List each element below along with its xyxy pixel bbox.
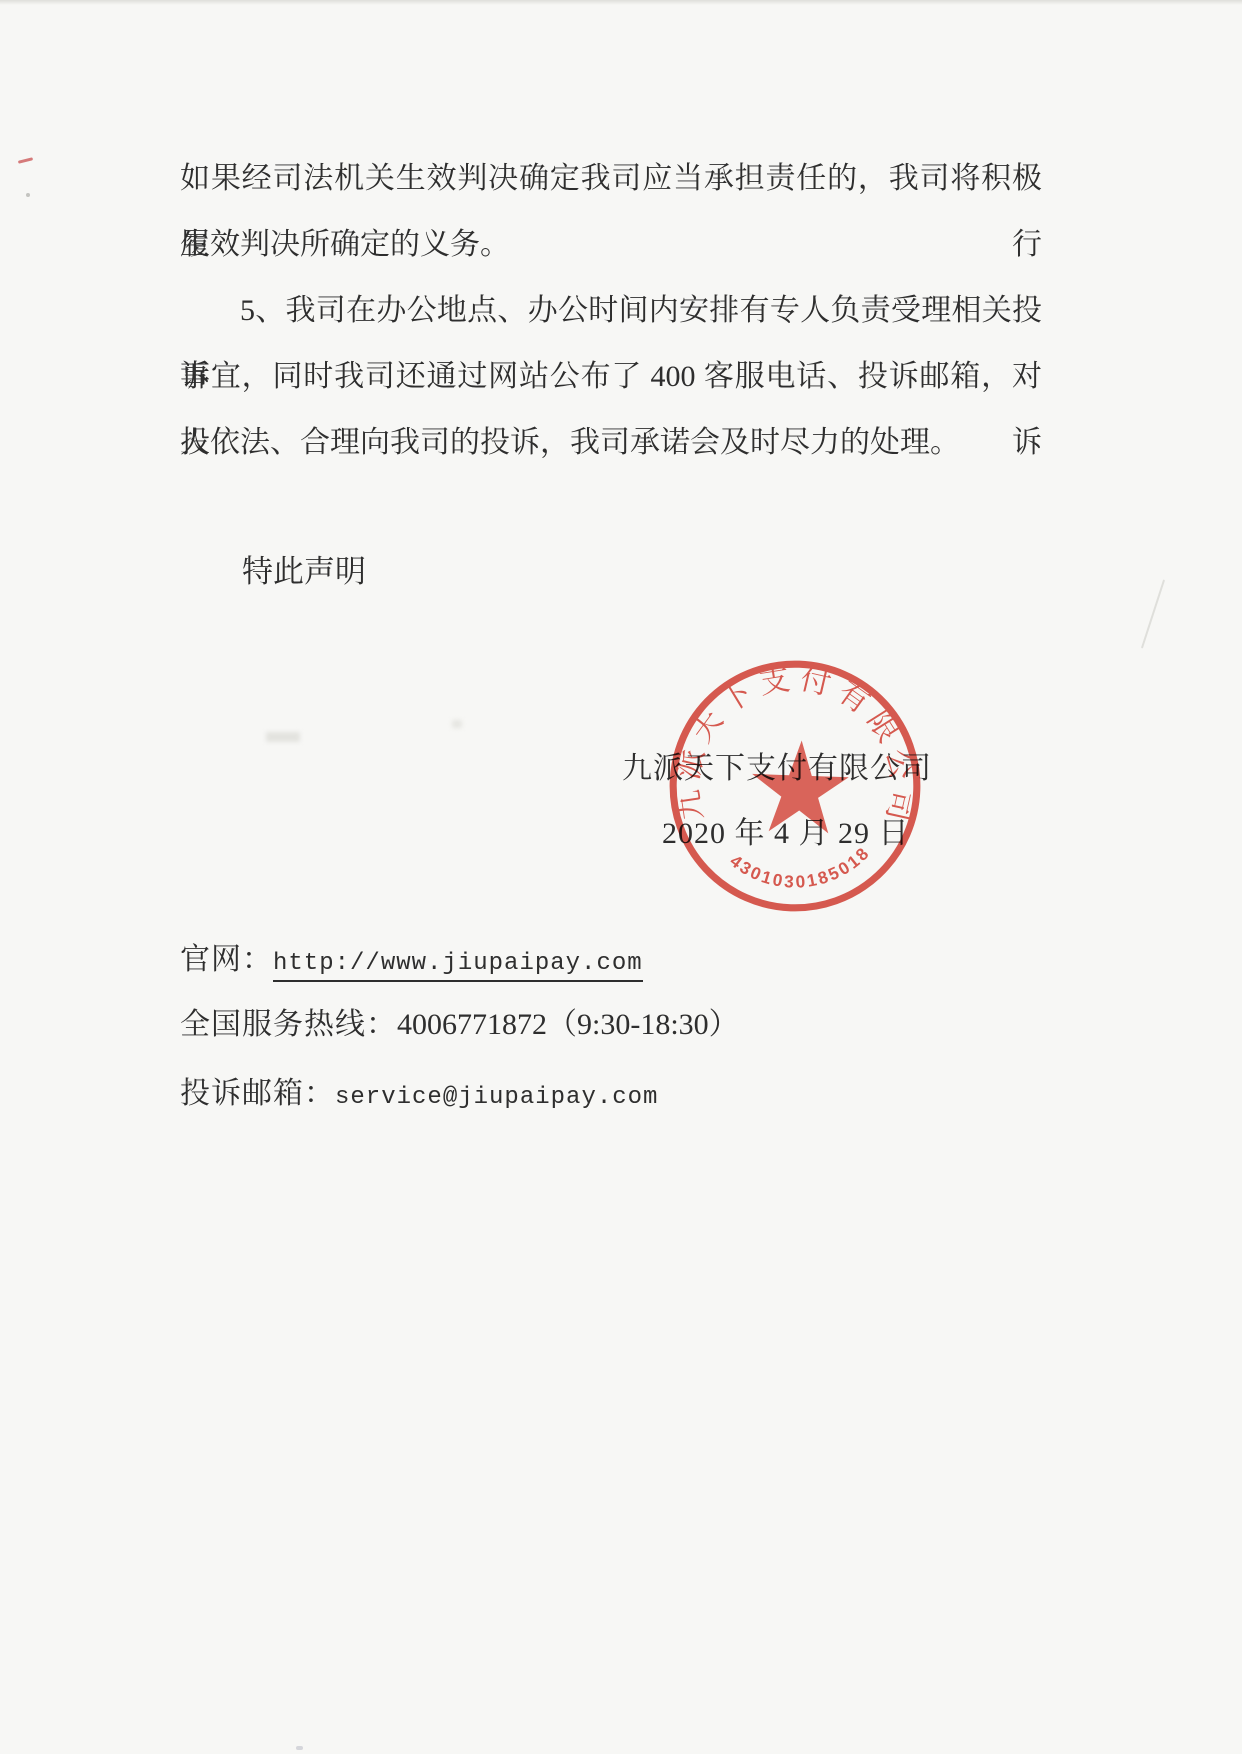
body-text: 如果经司法机关生效判决确定我司应当承担责任的，我司将积极履行 生效判决所确定的义…: [180, 146, 1042, 476]
scan-top-edge-shadow: [0, 0, 1242, 5]
paragraph-2-line-3: 人依法、合理向我司的投诉，我司承诺会及时尽力的处理。: [180, 410, 1042, 476]
hotline-number: 4006771872（9:30-18:30）: [397, 1008, 739, 1041]
scan-artifact-scratch: [1141, 579, 1165, 648]
email-label: 投诉邮箱：: [180, 1077, 335, 1110]
scan-artifact-speck: [296, 1746, 303, 1750]
email-address: service@jiupaipay.com: [335, 1084, 658, 1111]
scanned-document-page: { "document": { "paragraphs": [ { "lines…: [0, 0, 1242, 1754]
seal-serial-number: 4301030185018: [726, 837, 875, 894]
company-seal-stamp: 九派天下支付有限公司 4301030185018: [658, 649, 931, 922]
scan-artifact-red-mark: [18, 157, 33, 164]
hotline-label: 全国服务热线：: [180, 1008, 397, 1041]
email-line: 投诉邮箱：service@jiupaipay.com: [180, 1068, 658, 1112]
scan-artifact-smudge: [452, 720, 462, 728]
paragraph-2-line-2: 事宜，同时我司还通过网站公布了 400 客服电话、投诉邮箱，对投诉: [180, 344, 1042, 410]
scan-artifact-speck: [26, 193, 30, 197]
scan-artifact-speck: [186, 1081, 192, 1084]
closing-statement: 特此声明: [180, 539, 1042, 605]
paragraph-1-line-1: 如果经司法机关生效判决确定我司应当承担责任的，我司将积极履行: [180, 146, 1042, 212]
website-line: 官网：http://www.jiupaipay.com: [180, 934, 643, 978]
website-url-link[interactable]: http://www.jiupaipay.com: [273, 950, 643, 982]
scan-artifact-smudge: [266, 732, 300, 742]
paragraph-2-line-1: 5、我司在办公地点、办公时间内安排有专人负责受理相关投诉: [180, 278, 1042, 344]
seal-star-icon: [750, 739, 850, 834]
website-label: 官网：: [180, 943, 273, 976]
hotline-line: 全国服务热线：4006771872（9:30-18:30）: [180, 999, 739, 1043]
